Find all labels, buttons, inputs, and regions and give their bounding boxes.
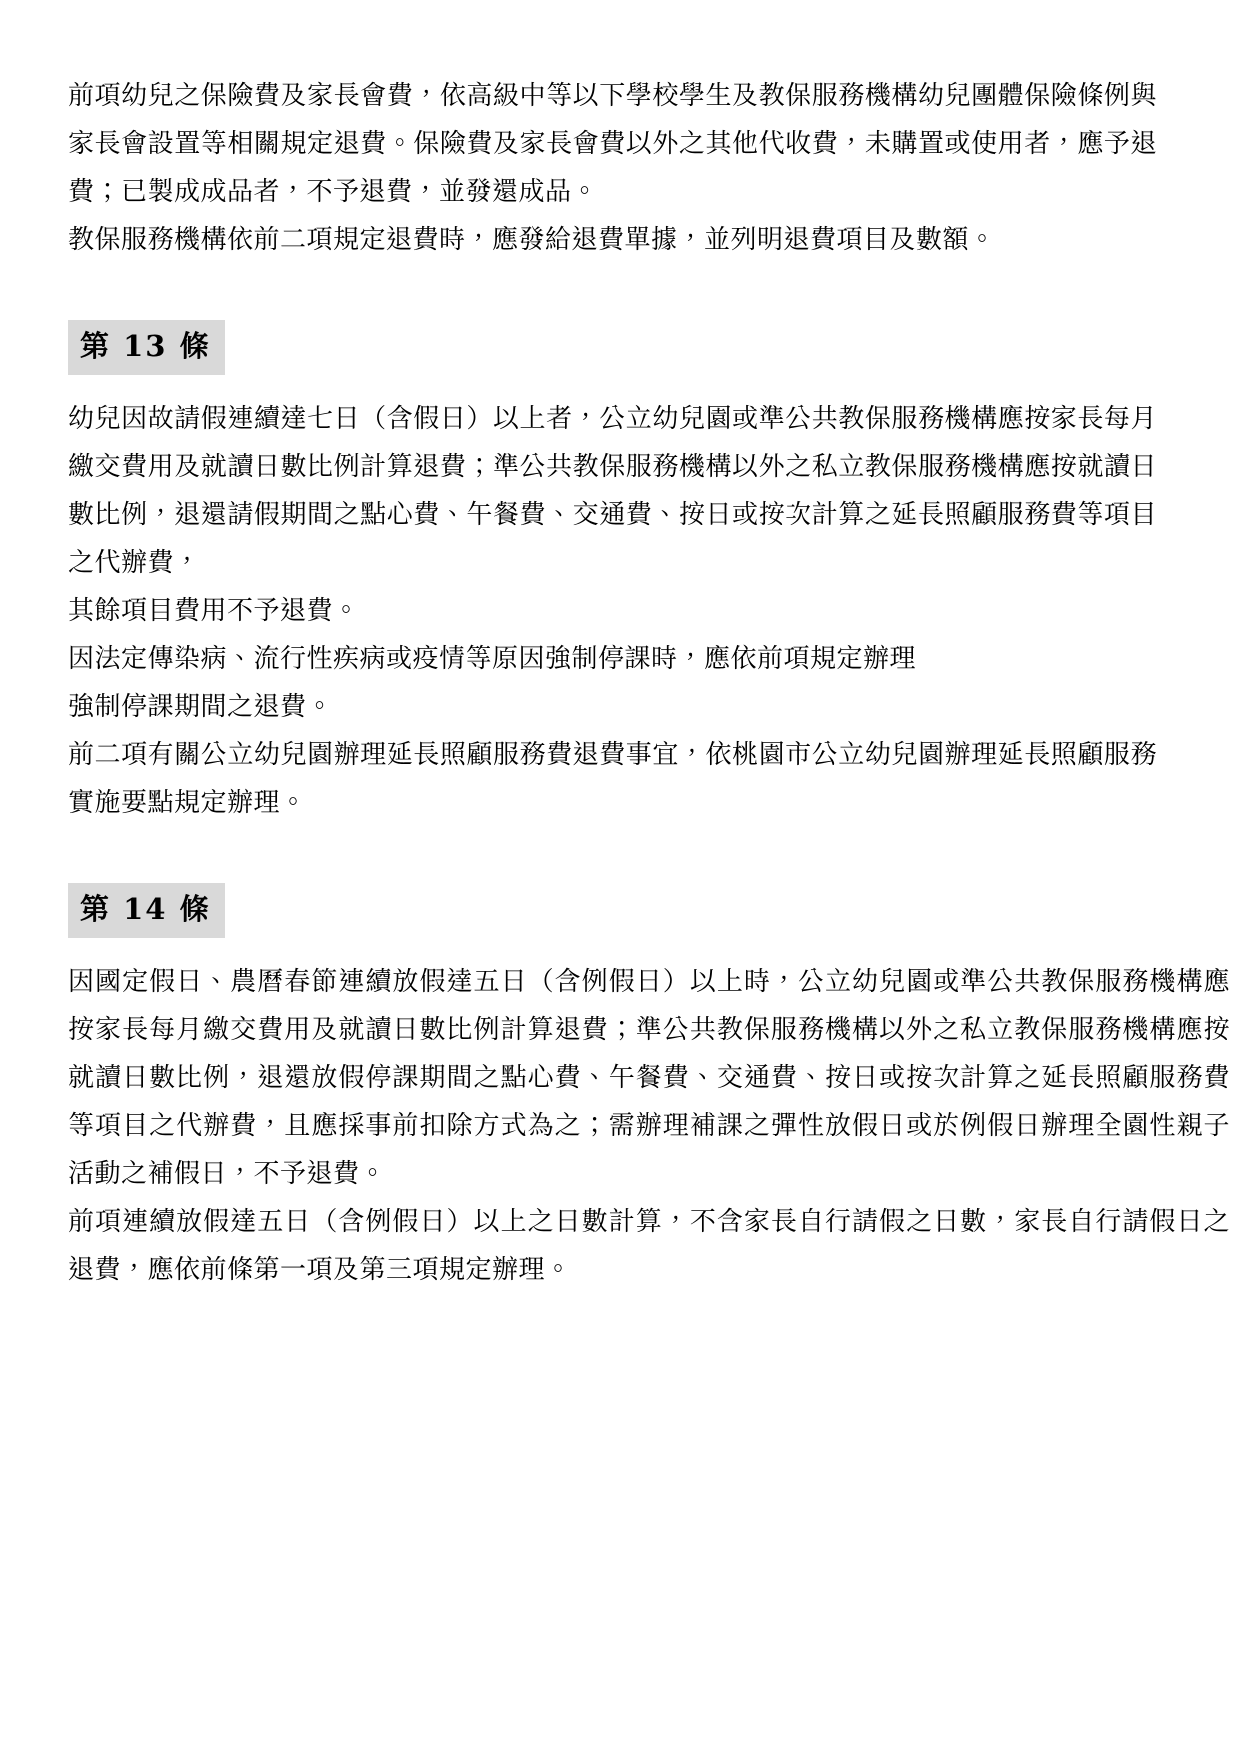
article-14-paragraph-2: 前項連續放假達五日（含例假日）以上之日數計算，不含家長自行請假之日數，家長自行請…: [68, 1198, 1230, 1294]
article-13-paragraph-4: 強制停課期間之退費。: [68, 683, 1157, 731]
article-13-paragraph-1: 幼兒因故請假連續達七日（含假日）以上者，公立幼兒園或準公共教保服務機構應按家長每…: [68, 395, 1157, 587]
article-13-heading: 第 13 條: [68, 320, 1230, 375]
article-13-paragraph-2: 其餘項目費用不予退費。: [68, 587, 1157, 635]
article-13-paragraph-5: 前二項有關公立幼兒園辦理延長照顧服務費退費事宜，依桃園市公立幼兒園辦理延長照顧服…: [68, 731, 1157, 827]
article-13-paragraph-3: 因法定傳染病、流行性疾病或疫情等原因強制停課時，應依前項規定辦理: [68, 635, 1157, 683]
article-14-heading: 第 14 條: [68, 883, 1230, 938]
intro-paragraph-2: 教保服務機構依前二項規定退費時，應發給退費單據，並列明退費項目及數額。: [68, 216, 1157, 264]
intro-paragraph-1: 前項幼兒之保險費及家長會費，依高級中等以下學校學生及教保服務機構幼兒團體保險條例…: [68, 72, 1157, 216]
document-body: 前項幼兒之保險費及家長會費，依高級中等以下學校學生及教保服務機構幼兒團體保險條例…: [68, 72, 1230, 1294]
document-page: 前項幼兒之保險費及家長會費，依高級中等以下學校學生及教保服務機構幼兒團體保險條例…: [0, 0, 1241, 1755]
article-14-paragraph-1: 因國定假日、農曆春節連續放假達五日（含例假日）以上時，公立幼兒園或準公共教保服務…: [68, 958, 1230, 1198]
article-13-number: 第 13 條: [68, 320, 225, 375]
article-14-number: 第 14 條: [68, 883, 225, 938]
